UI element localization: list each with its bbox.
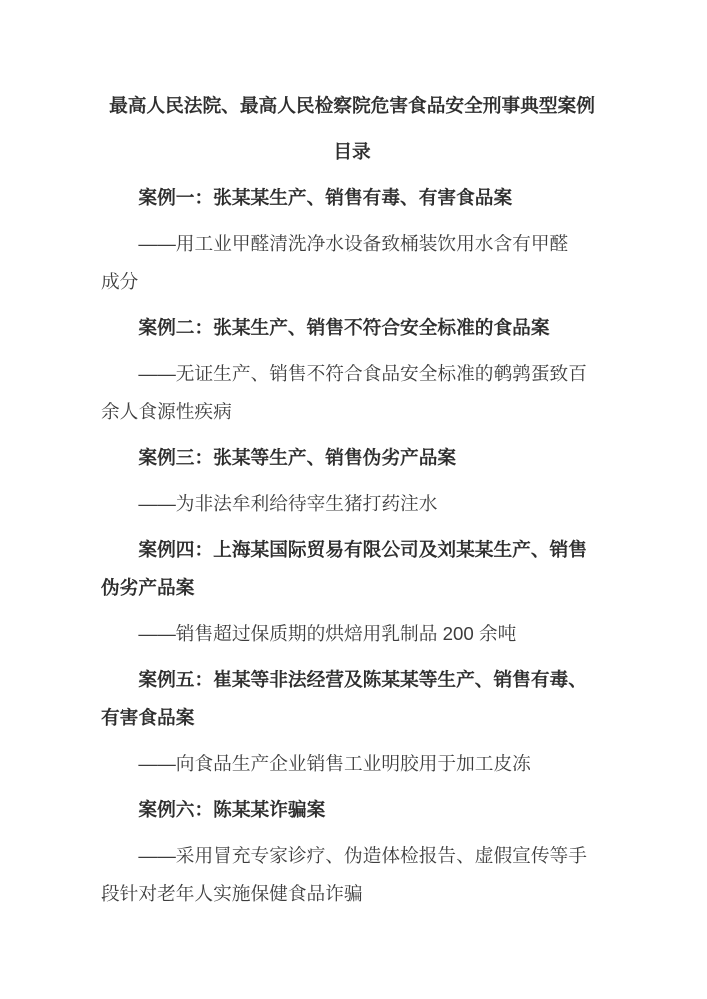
toc-heading: 目录 (101, 133, 603, 171)
case-subtitle: ——为非法牟利给待宰生猪打药注水 (101, 485, 603, 523)
case-subtitle: ——销售超过保质期的烘焙用乳制品 200 余吨 (101, 615, 603, 653)
case-subtitle: ——向食品生产企业销售工业明胶用于加工皮冻 (101, 745, 603, 783)
case-heading: 案例三：张某等生产、销售伪劣产品案 (101, 439, 603, 477)
case-heading: 案例二：张某生产、销售不符合安全标准的食品案 (101, 309, 603, 347)
case-heading: 案例一：张某某生产、销售有毒、有害食品案 (101, 179, 603, 217)
case-heading: 案例六：陈某某诈骗案 (101, 791, 603, 829)
case-heading: 案例五：崔某等非法经营及陈某某等生产、销售有毒、 有害食品案 (101, 661, 603, 737)
case-heading: 案例四：上海某国际贸易有限公司及刘某某生产、销售 伪劣产品案 (101, 531, 603, 607)
document-page: 最高人民法院、最高人民检察院危害食品安全刑事典型案例 目录 案例一：张某某生产、… (0, 0, 707, 999)
case-subtitle: ——用工业甲醛清洗净水设备致桶装饮用水含有甲醛 成分 (101, 225, 603, 301)
document-title: 最高人民法院、最高人民检察院危害食品安全刑事典型案例 (101, 87, 603, 125)
case-list: 案例一：张某某生产、销售有毒、有害食品案 ——用工业甲醛清洗净水设备致桶装饮用水… (101, 179, 603, 913)
case-subtitle: ——采用冒充专家诊疗、伪造体检报告、虚假宣传等手 段针对老年人实施保健食品诈骗 (101, 837, 603, 913)
case-subtitle: ——无证生产、销售不符合食品安全标准的鹌鹑蛋致百 余人食源性疾病 (101, 355, 603, 431)
